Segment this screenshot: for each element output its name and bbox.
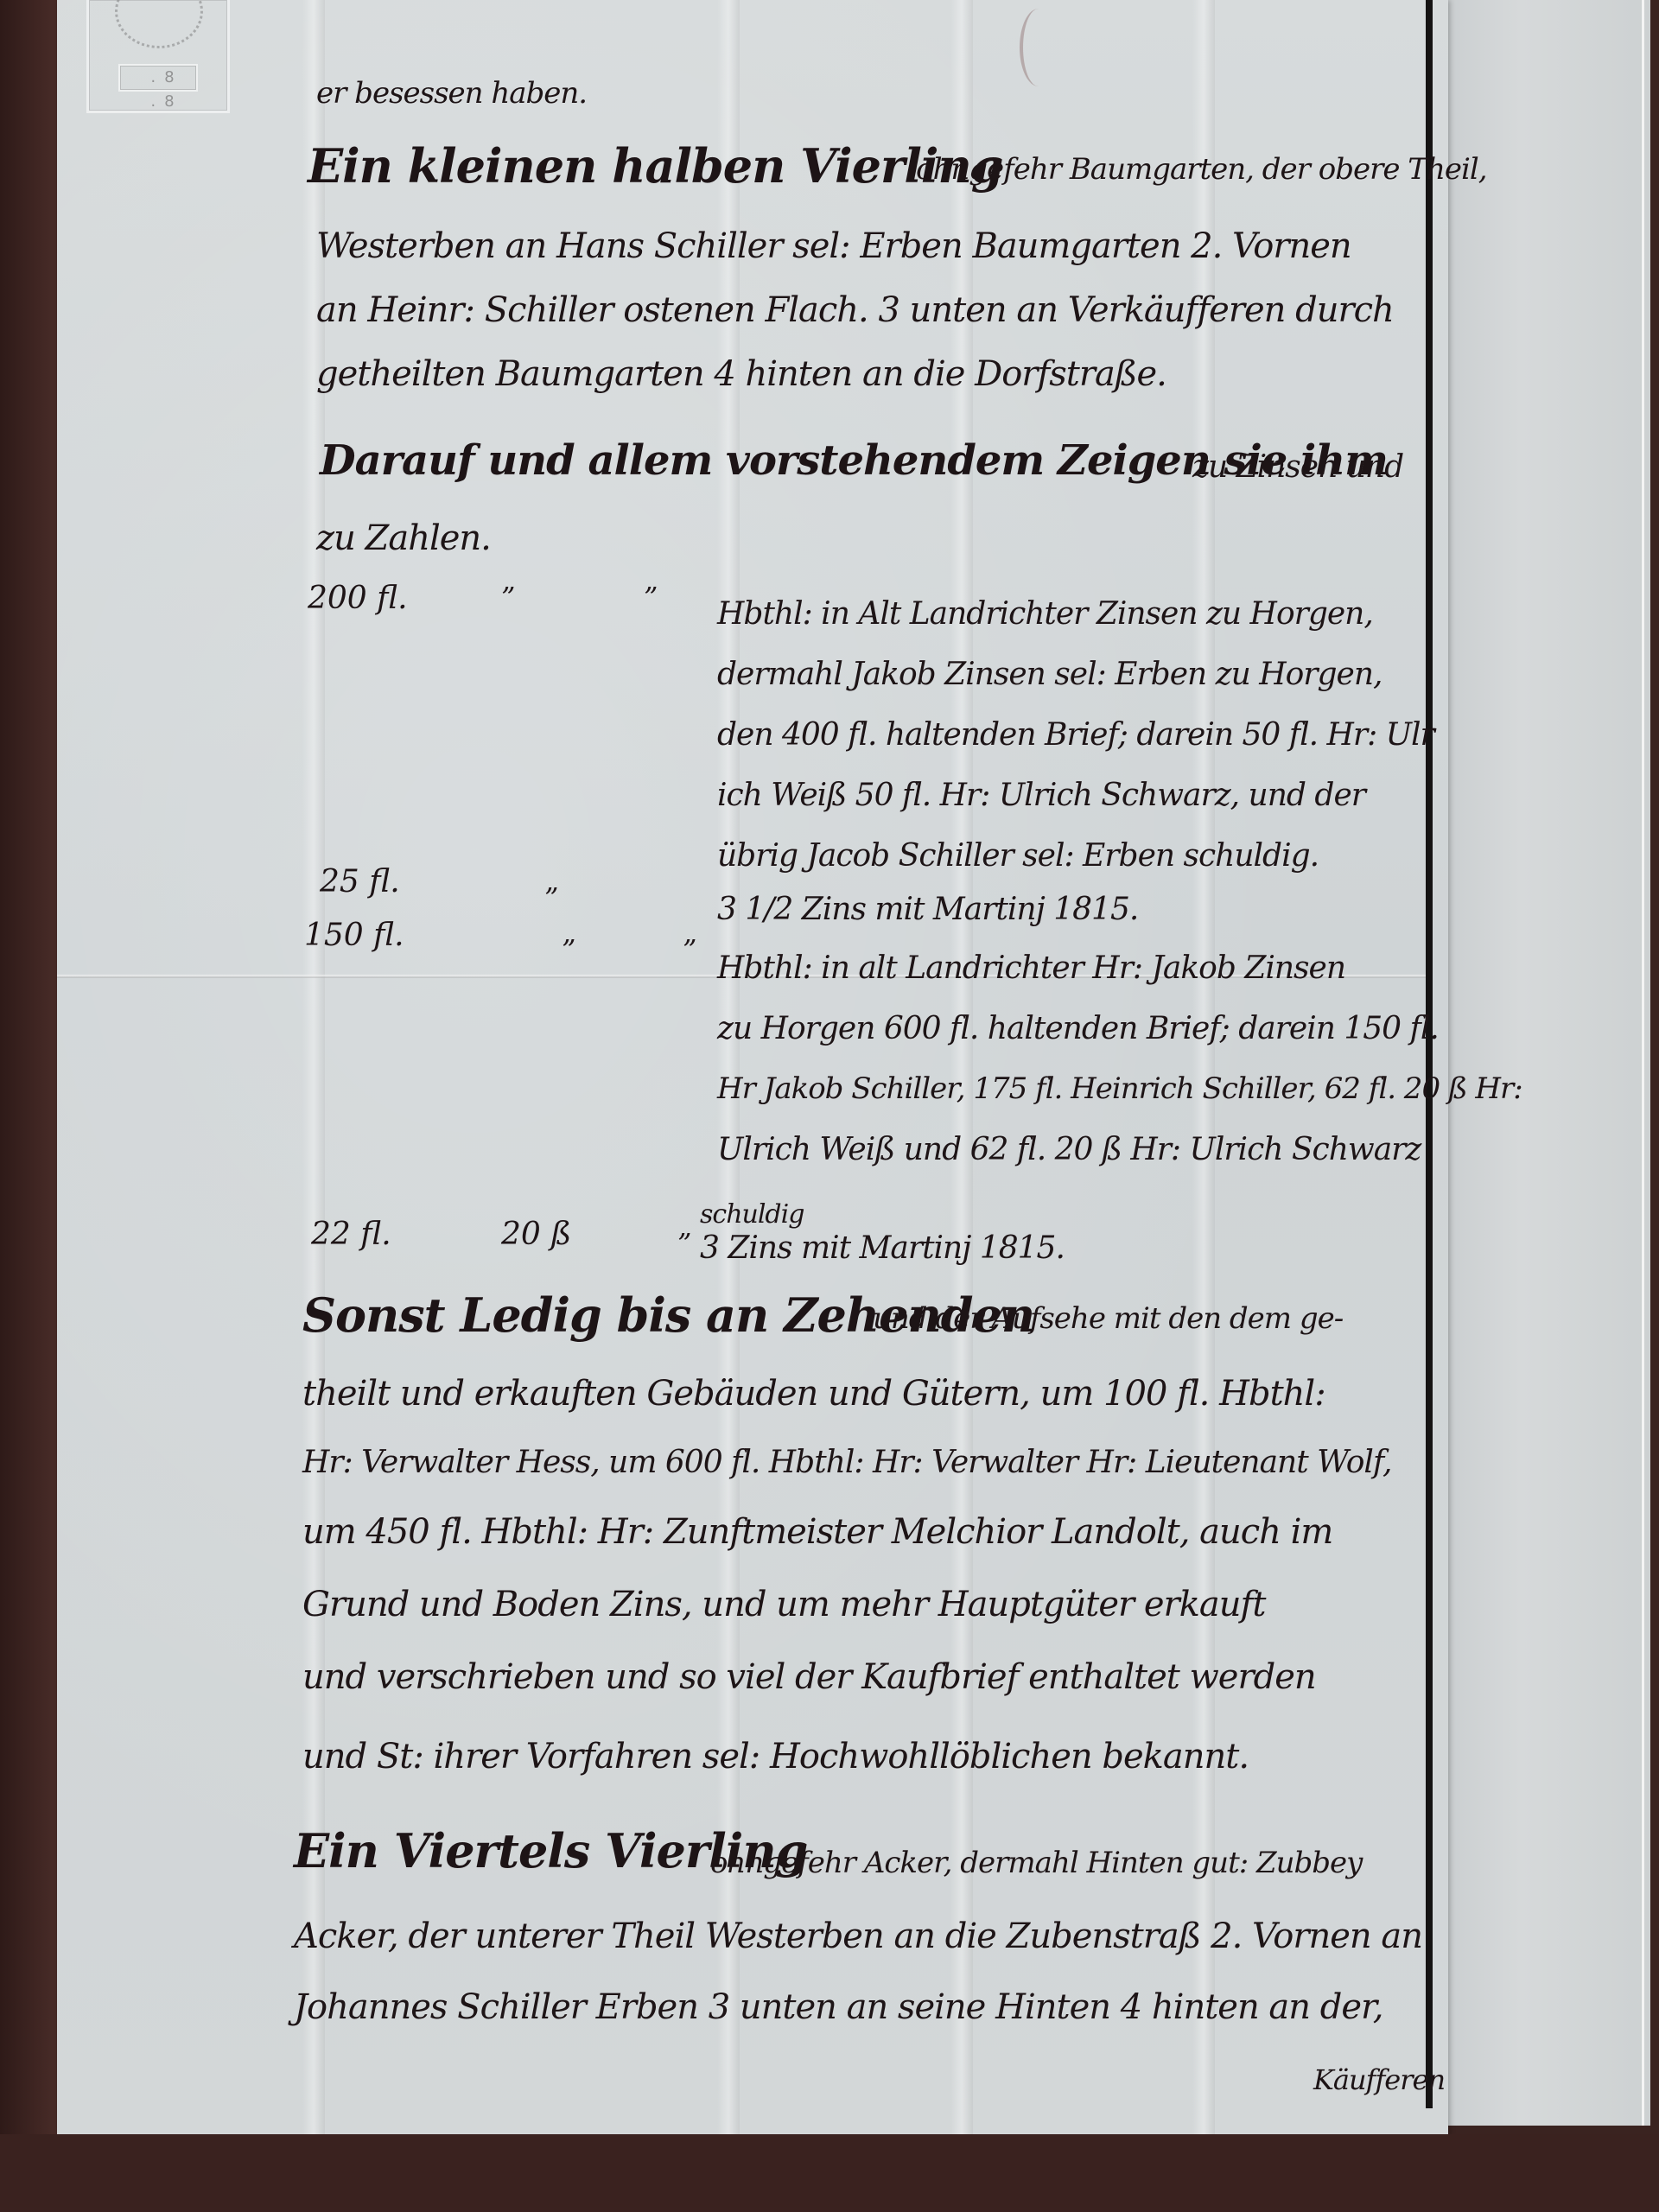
text-line: Hr: Verwalter Hess, um 600 fl. Hbthl: Hr… (302, 1445, 1391, 1480)
text-line: und der Aufsehe mit den dem ge- (873, 1301, 1343, 1336)
text-line: er besessen haben. (316, 76, 587, 111)
text-line: zu Zinsen und (1192, 449, 1403, 485)
glass-reflection (1642, 0, 1644, 2126)
entry-text: Hbthl: in Alt Landrichter Zinsen zu Horg… (717, 596, 1373, 632)
text-line: zu Zahlen. (316, 518, 491, 558)
back-sheet (1434, 0, 1650, 2126)
text-line: Grund und Boden Zins, und um mehr Hauptg… (302, 1585, 1265, 1624)
text-line: getheilten Baumgarten 4 hinten an die Do… (316, 354, 1166, 394)
embossed-tax-stamp: 8. 8. (86, 0, 230, 113)
text-line: ohngefehr Baumgarten, der obere Theil, (916, 152, 1487, 187)
ditto-mark: ” (562, 933, 575, 966)
entry-text: den 400 fl. haltenden Brief; darein 50 f… (717, 717, 1434, 753)
sheet-edge (1426, 0, 1433, 2108)
entry-text: 3 1/2 Zins mit Martinj 1815. (717, 892, 1138, 927)
entry-text: Ulrich Weiß und 62 fl. 20 ß Hr: Ulrich S… (717, 1132, 1421, 1167)
entry-text: dermahl Jakob Zinsen sel: Erben zu Horge… (717, 657, 1382, 692)
text-line: Westerben an Hans Schiller sel: Erben Ba… (316, 226, 1351, 266)
ditto-mark: ” (683, 933, 696, 966)
faint-ink-mark (1020, 9, 1058, 86)
amount-cell: 22 fl. (311, 1217, 391, 1252)
entry-text: übrig Jacob Schiller sel: Erben schuldig… (717, 838, 1319, 874)
entry-text: zu Horgen 600 fl. haltenden Brief; darei… (717, 1011, 1439, 1046)
text-line: ohngefehr Acker, dermahl Hinten gut: Zub… (710, 1846, 1362, 1880)
text-line: an Heinr: Schiller ostenen Flach. 3 unte… (316, 290, 1394, 330)
stamp-label: 8. 8. (118, 64, 198, 92)
entry-text: Hr Jakob Schiller, 175 fl. Heinrich Schi… (717, 1071, 1522, 1106)
catchword: Käufferen (1313, 2063, 1445, 2096)
text-line: Johannes Schiller Erben 3 unten an seine… (294, 1987, 1382, 2027)
amount-cell: 200 fl. (308, 581, 408, 616)
entry-text: ich Weiß 50 fl. Hr: Ulrich Schwarz, und … (717, 778, 1365, 813)
frame-left (0, 0, 60, 2212)
entry-text: 3 Zins mit Martinj 1815. (700, 1230, 1065, 1266)
ditto-mark: ” (501, 581, 515, 613)
ditto-mark: ” (677, 1227, 691, 1260)
seal-wreath-icon (115, 0, 203, 48)
text-line: Acker, der unterer Theil Westerben an di… (294, 1916, 1422, 1956)
amount-cell: 150 fl. (304, 918, 404, 953)
entry-text: Hbthl: in alt Landrichter Hr: Jakob Zins… (717, 950, 1345, 986)
text-line: und verschrieben und so viel der Kaufbri… (302, 1657, 1316, 1697)
amount-cell: 25 fl. (320, 864, 400, 899)
ditto-mark: ” (544, 881, 558, 914)
text-line: und St: ihrer Vorfahren sel: Hochwohllöb… (302, 1737, 1249, 1777)
text-line: um 450 fl. Hbthl: Hr: Zunftmeister Melch… (302, 1512, 1332, 1552)
frame-bottom (0, 2134, 1659, 2212)
text-line: theilt und erkauften Gebäuden und Gütern… (302, 1374, 1325, 1414)
section-heading: Ein kleinen halben Vierling (308, 138, 1002, 194)
ditto-mark: ” (644, 581, 658, 613)
amount-cell-schilling: 20 ß (501, 1217, 571, 1252)
entry-text: schuldig (700, 1199, 804, 1230)
